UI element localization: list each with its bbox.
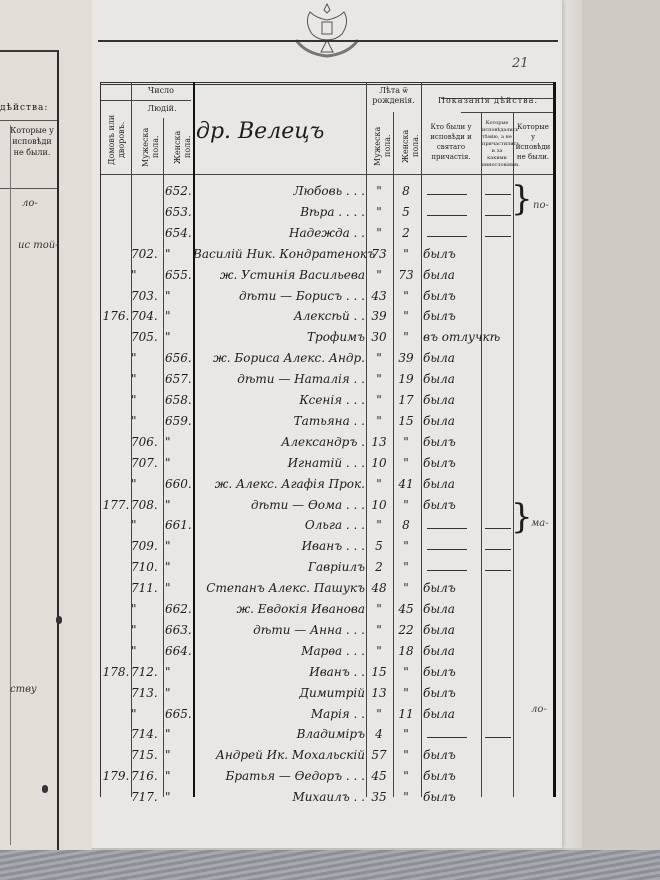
female-number: 659.	[165, 414, 195, 428]
male-number: "	[131, 602, 161, 616]
person-name: Братья — Ѳедоръ . . .	[193, 769, 365, 783]
confession-status: былъ	[423, 309, 481, 323]
confession-status: была	[423, 707, 481, 721]
dash	[427, 549, 467, 550]
female-number: "	[165, 247, 195, 261]
male-number: 706.	[131, 435, 161, 449]
table-row: "661.Ольга . . ."8	[101, 516, 553, 538]
person-name: Андрей Ик. Мохальскій	[193, 748, 365, 762]
person-name: Трофимъ	[193, 330, 365, 344]
confession-status: въ отлучкѣ	[423, 330, 481, 344]
age-female: "	[393, 560, 419, 574]
age-male: "	[366, 518, 392, 532]
person-name: ж. Евдокія Иванова	[193, 602, 365, 616]
age-male: "	[366, 226, 392, 240]
confession-status: былъ	[423, 665, 481, 679]
age-female: 8	[393, 518, 419, 532]
female-number: "	[165, 665, 195, 679]
dash	[427, 215, 467, 216]
table-row: 717."Михаилъ . .35"былъ	[101, 788, 553, 810]
confession-status: былъ	[423, 769, 481, 783]
age-male: 39	[366, 309, 392, 323]
female-number: "	[165, 435, 195, 449]
female-number: "	[165, 498, 195, 512]
female-number: 663.	[165, 623, 195, 637]
margin-note: по-	[533, 200, 549, 211]
age-male: 10	[366, 498, 392, 512]
age-male: 57	[366, 748, 392, 762]
female-number: 653.	[165, 205, 195, 219]
confession-status: была	[423, 351, 481, 365]
age-female: "	[393, 247, 419, 261]
header-not-confessed: Которые у исповѣди не были.	[514, 122, 552, 162]
divider	[101, 100, 191, 101]
header-confessed-only: Которые исповѣдались тѣмію, а не причаст…	[482, 120, 512, 169]
age-male: 43	[366, 289, 392, 303]
dash	[427, 194, 467, 195]
table-row: "660.ж. Алекс. Агафія Прок."41была	[101, 475, 553, 497]
page-number: 21	[512, 56, 529, 71]
confession-status: былъ	[423, 581, 481, 595]
table-row: 713."Димитрій13"былъ	[101, 684, 553, 706]
age-male: 4	[366, 727, 392, 741]
table-row: "658.Ксенія . . ."17была	[101, 391, 553, 413]
age-male: "	[366, 644, 392, 658]
person-name: Марія . .	[193, 707, 365, 721]
header-female: Женска пола.	[173, 122, 193, 172]
male-number: 710.	[131, 560, 161, 574]
female-number: 660.	[165, 477, 195, 491]
village-title: др. Велецъ	[196, 119, 324, 144]
binding-hole	[56, 616, 62, 624]
confession-status: была	[423, 393, 481, 407]
age-male: 10	[366, 456, 392, 470]
confession-status: была	[423, 623, 481, 637]
table-row: "664.Марѳа . . ."18была	[101, 642, 553, 664]
header-top-rule	[101, 82, 553, 85]
table-row: 176.704."Алексѣй . .39"былъ	[101, 307, 553, 329]
age-female: "	[393, 748, 419, 762]
age-female: "	[393, 309, 419, 323]
female-number: 665.	[165, 707, 195, 721]
dash	[427, 737, 467, 738]
table-row: "655.ж. Устинія Васильева"73была	[101, 266, 553, 288]
female-number: "	[165, 727, 195, 741]
male-number: "	[131, 268, 161, 282]
male-number: 712.	[131, 665, 161, 679]
table-row: "665.Марія . ."11была	[101, 705, 553, 727]
male-number: "	[131, 414, 161, 428]
male-number: 715.	[131, 748, 161, 762]
header-age-male: Мужеска пола.	[373, 120, 393, 172]
female-number: "	[165, 330, 195, 344]
divider	[0, 188, 57, 189]
person-name: Иванъ . . .	[193, 539, 365, 553]
confession-status: былъ	[423, 435, 481, 449]
person-name: Марѳа . . .	[193, 644, 365, 658]
person-name: Владиміръ	[193, 727, 365, 741]
table-row: 710."Гавріилъ2"	[101, 558, 553, 580]
table-row: 709."Иванъ . . .5"	[101, 537, 553, 559]
person-name: Степанъ Алекс. Пашукъ	[193, 581, 365, 595]
table-row: "662.ж. Евдокія Иванова"45была	[101, 600, 553, 622]
table-row: 653.Вѣра . . . ."5	[101, 203, 553, 225]
table-row: 654.Надежда . ."2	[101, 224, 553, 246]
person-name: Ксенія . . .	[193, 393, 365, 407]
previous-page-frame	[0, 50, 59, 852]
confession-status: былъ	[423, 748, 481, 762]
confession-status: былъ	[423, 247, 481, 261]
person-name: Надежда . .	[193, 226, 365, 240]
confession-status: былъ	[423, 790, 481, 804]
margin-note: ло-	[22, 198, 38, 209]
margin-note: ло-	[531, 704, 547, 715]
person-name: Ольга . . .	[193, 518, 365, 532]
header-male: Мужеска пола.	[141, 122, 161, 172]
female-number: 657.	[165, 372, 195, 386]
male-number: 703.	[131, 289, 161, 303]
female-number: 654.	[165, 226, 195, 240]
table-row: 703."дѣти — Борисъ . . .43"былъ	[101, 287, 553, 309]
person-name: Алексѣй . .	[193, 309, 365, 323]
household-number: 176.	[101, 309, 131, 323]
female-number: 661.	[165, 518, 195, 532]
age-male: 5	[366, 539, 392, 553]
header-age-female: Женска пола.	[401, 120, 421, 172]
table-row: 706."Александръ .13"былъ	[101, 433, 553, 455]
confession-status: была	[423, 477, 481, 491]
age-male: 35	[366, 790, 392, 804]
female-number: 664.	[165, 644, 195, 658]
male-number: 716.	[131, 769, 161, 783]
dash	[485, 528, 511, 529]
male-number: 713.	[131, 686, 161, 700]
person-name: Татьяна . .	[193, 414, 365, 428]
age-female: 5	[393, 205, 419, 219]
brace: }	[511, 500, 533, 534]
age-female: 73	[393, 268, 419, 282]
female-number: "	[165, 289, 195, 303]
dash	[485, 236, 511, 237]
age-female: 8	[393, 184, 419, 198]
age-male: 13	[366, 686, 392, 700]
age-female: "	[393, 289, 419, 303]
table-row: 652.Любовь . . ."8	[101, 182, 553, 204]
age-female: 19	[393, 372, 419, 386]
male-number: "	[131, 372, 161, 386]
person-name: дѣти — Борисъ . . .	[193, 289, 365, 303]
dash	[485, 737, 511, 738]
age-male: "	[366, 393, 392, 407]
table-row: "663.дѣти — Анна . . ."22была	[101, 621, 553, 643]
female-number: "	[165, 769, 195, 783]
female-number: "	[165, 686, 195, 700]
male-number: "	[131, 707, 161, 721]
age-male: "	[366, 707, 392, 721]
age-female: "	[393, 456, 419, 470]
age-female: "	[393, 539, 419, 553]
male-number: 704.	[131, 309, 161, 323]
age-male: 73	[366, 247, 392, 261]
page-top-rule	[98, 40, 558, 42]
header-households: Домовъ или дворовъ.	[107, 110, 127, 170]
male-number: 714.	[131, 727, 161, 741]
age-male: "	[366, 184, 392, 198]
person-name: Вѣра . . . .	[193, 205, 365, 219]
male-number: 702.	[131, 247, 161, 261]
table-row: 707."Игнатій . . .10"былъ	[101, 454, 553, 476]
age-male: "	[366, 477, 392, 491]
margin-note: ству	[10, 684, 37, 695]
age-female: 39	[393, 351, 419, 365]
person-name: дѣти — Ѳома . . .	[193, 498, 365, 512]
col-line	[553, 82, 556, 797]
person-name: Иванъ . .	[193, 665, 365, 679]
header-age: Лѣта ѿ рожденія.	[366, 86, 421, 106]
age-female: "	[393, 790, 419, 804]
header-persons: Людій.	[131, 104, 193, 114]
age-male: 48	[366, 581, 392, 595]
previous-page-column-header: Которые у исповѣди не были.	[8, 125, 56, 158]
age-male: "	[366, 623, 392, 637]
age-female: 11	[393, 707, 419, 721]
dash	[485, 549, 511, 550]
age-male: "	[366, 351, 392, 365]
table-row: 178.712."Иванъ . .15"былъ	[101, 663, 553, 685]
page-edge	[562, 0, 582, 848]
age-male: 30	[366, 330, 392, 344]
male-number: 705.	[131, 330, 161, 344]
female-number: "	[165, 790, 195, 804]
header-testimony: Показанія дѣйства.	[423, 96, 553, 106]
dash	[427, 528, 467, 529]
divider	[461, 112, 553, 113]
female-number: "	[165, 581, 195, 595]
dash	[427, 236, 467, 237]
person-name: дѣти — Анна . . .	[193, 623, 365, 637]
age-female: "	[393, 769, 419, 783]
male-number: "	[131, 351, 161, 365]
age-female: 15	[393, 414, 419, 428]
dash	[485, 215, 511, 216]
age-male: "	[366, 414, 392, 428]
age-female: "	[393, 686, 419, 700]
female-number: "	[165, 539, 195, 553]
male-number: "	[131, 477, 161, 491]
age-female: 45	[393, 602, 419, 616]
header-number: Число	[131, 86, 191, 96]
age-male: 13	[366, 435, 392, 449]
dash	[485, 194, 511, 195]
table-row: 715."Андрей Ик. Мохальскій57"былъ	[101, 746, 553, 768]
age-female: 18	[393, 644, 419, 658]
person-name: Игнатій . . .	[193, 456, 365, 470]
age-male: 45	[366, 769, 392, 783]
dash	[485, 570, 511, 571]
age-male: "	[366, 205, 392, 219]
confession-status: былъ	[423, 289, 481, 303]
male-number: 711.	[131, 581, 161, 595]
table-row: 177.708."дѣти — Ѳома . . .10"былъ	[101, 496, 553, 518]
male-number: 708.	[131, 498, 161, 512]
age-female: "	[393, 665, 419, 679]
age-female: "	[393, 498, 419, 512]
table-row: "657.дѣти — Наталія . ."19была	[101, 370, 553, 392]
male-number: "	[131, 518, 161, 532]
double-headed-eagle-icon	[292, 0, 362, 62]
male-number: 709.	[131, 539, 161, 553]
age-female: 41	[393, 477, 419, 491]
female-number: "	[165, 309, 195, 323]
female-number: "	[165, 560, 195, 574]
desk-surface	[0, 850, 660, 880]
female-number: 662.	[165, 602, 195, 616]
dash	[427, 570, 467, 571]
age-female: 17	[393, 393, 419, 407]
age-female: "	[393, 435, 419, 449]
female-number: 658.	[165, 393, 195, 407]
table-row: 705."Трофимъ30"въ отлучкѣ	[101, 328, 553, 350]
confession-status: была	[423, 644, 481, 658]
binding-hole	[42, 785, 48, 793]
margin-note: ма-	[531, 518, 549, 529]
divider	[0, 120, 57, 121]
male-number: 707.	[131, 456, 161, 470]
household-number: 178.	[101, 665, 131, 679]
age-male: "	[366, 372, 392, 386]
age-male: "	[366, 602, 392, 616]
person-name: Михаилъ . .	[193, 790, 365, 804]
age-male: "	[366, 268, 392, 282]
previous-page-header: дѣйства:	[0, 103, 58, 113]
confession-status: была	[423, 372, 481, 386]
confession-status: былъ	[423, 498, 481, 512]
table-row: 179.716."Братья — Ѳедоръ . . .45"былъ	[101, 767, 553, 789]
person-name: ж. Устинія Васильева	[193, 268, 365, 282]
age-female: "	[393, 581, 419, 595]
male-number: "	[131, 623, 161, 637]
margin-note: ис той-	[18, 240, 59, 251]
table-row: "656.ж. Бориса Алекс. Андр."39была	[101, 349, 553, 371]
household-number: 179.	[101, 769, 131, 783]
age-male: 15	[366, 665, 392, 679]
brace: }	[511, 182, 533, 216]
person-name: ж. Бориса Алекс. Андр.	[193, 351, 365, 365]
table-row: 702."Василій Ник. Кондратенокъ73"былъ	[101, 245, 553, 267]
age-female: 2	[393, 226, 419, 240]
household-number: 177.	[101, 498, 131, 512]
person-name: Димитрій	[193, 686, 365, 700]
table-row: 714."Владиміръ4"	[101, 725, 553, 747]
age-male: 2	[366, 560, 392, 574]
female-number: "	[165, 456, 195, 470]
age-female: "	[393, 727, 419, 741]
person-name: дѣти — Наталія . .	[193, 372, 365, 386]
confession-status: былъ	[423, 456, 481, 470]
male-number: "	[131, 644, 161, 658]
person-name: Александръ .	[193, 435, 365, 449]
divider	[10, 125, 11, 845]
male-number: "	[131, 393, 161, 407]
register-table: Число Людій. Домовъ или дворовъ. Мужеска…	[100, 82, 553, 797]
age-female: "	[393, 330, 419, 344]
person-name: Василій Ник. Кондратенокъ	[193, 247, 365, 261]
confession-status: была	[423, 414, 481, 428]
header-confessed: Кто были у исповѣди и святаго причастія.	[423, 122, 479, 162]
female-number: 652.	[165, 184, 195, 198]
header-bottom-rule	[101, 174, 553, 175]
table-row: 711."Степанъ Алекс. Пашукъ48"былъ	[101, 579, 553, 601]
previous-page: дѣйства: Которые у исповѣди не были. ло-…	[0, 0, 93, 862]
female-number: 656.	[165, 351, 195, 365]
female-number: 655.	[165, 268, 195, 282]
person-name: Любовь . . .	[193, 184, 365, 198]
table-row: "659.Татьяна . ."15была	[101, 412, 553, 434]
male-number: 717.	[131, 790, 161, 804]
confession-status: была	[423, 602, 481, 616]
age-female: 22	[393, 623, 419, 637]
confession-status: была	[423, 268, 481, 282]
person-name: ж. Алекс. Агафія Прок.	[193, 477, 365, 491]
confession-status: былъ	[423, 686, 481, 700]
register-page: 21 Число Людій. Домовъ или дворовъ. Муже…	[92, 0, 562, 848]
female-number: "	[165, 748, 195, 762]
person-name: Гавріилъ	[193, 560, 365, 574]
